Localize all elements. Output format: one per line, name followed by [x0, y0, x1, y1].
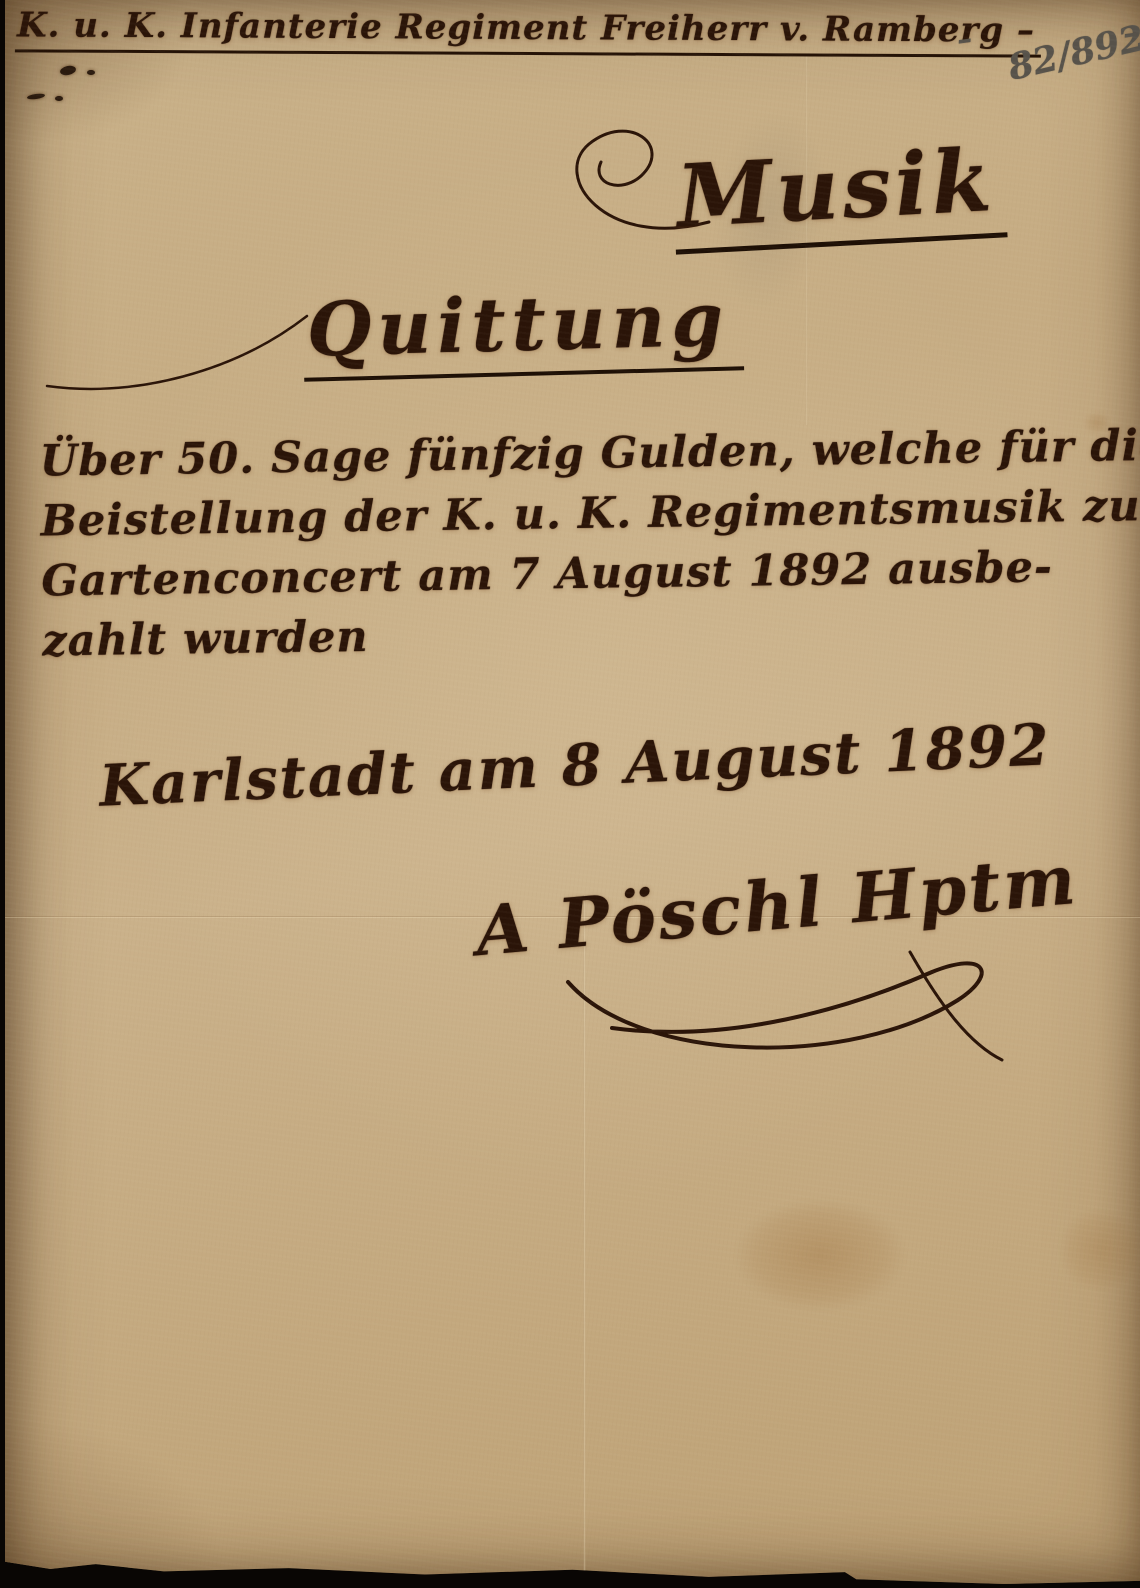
signature-flourish [550, 948, 1030, 1078]
brown-stain-right [1045, 1195, 1140, 1305]
regiment-header: K. u. K. Infanterie Regiment Freiherr v.… [15, 5, 1041, 57]
ink-blot [55, 96, 63, 101]
body-paragraph: Über 50. Sage fünfzig Gulden, welche für… [39, 417, 1112, 672]
scan-background: { "document": { "header": "K. u. K. Infa… [0, 0, 1140, 1588]
quittung-flourish [45, 300, 335, 400]
document-title: Musik [670, 129, 1008, 254]
ink-blot [87, 70, 95, 75]
signature: A Pöschl Hptm [473, 840, 1082, 972]
dateline: Karlstadt am 8 August 1892 [98, 711, 1052, 819]
document-subtitle: Quittung [302, 276, 744, 381]
ink-blot [59, 64, 77, 76]
ink-blot [27, 93, 46, 100]
document-paper: K. u. K. Infanterie Regiment Freiherr v.… [5, 0, 1140, 1588]
vertical-fold-crease [583, 895, 586, 1588]
brown-stain [705, 1180, 935, 1330]
